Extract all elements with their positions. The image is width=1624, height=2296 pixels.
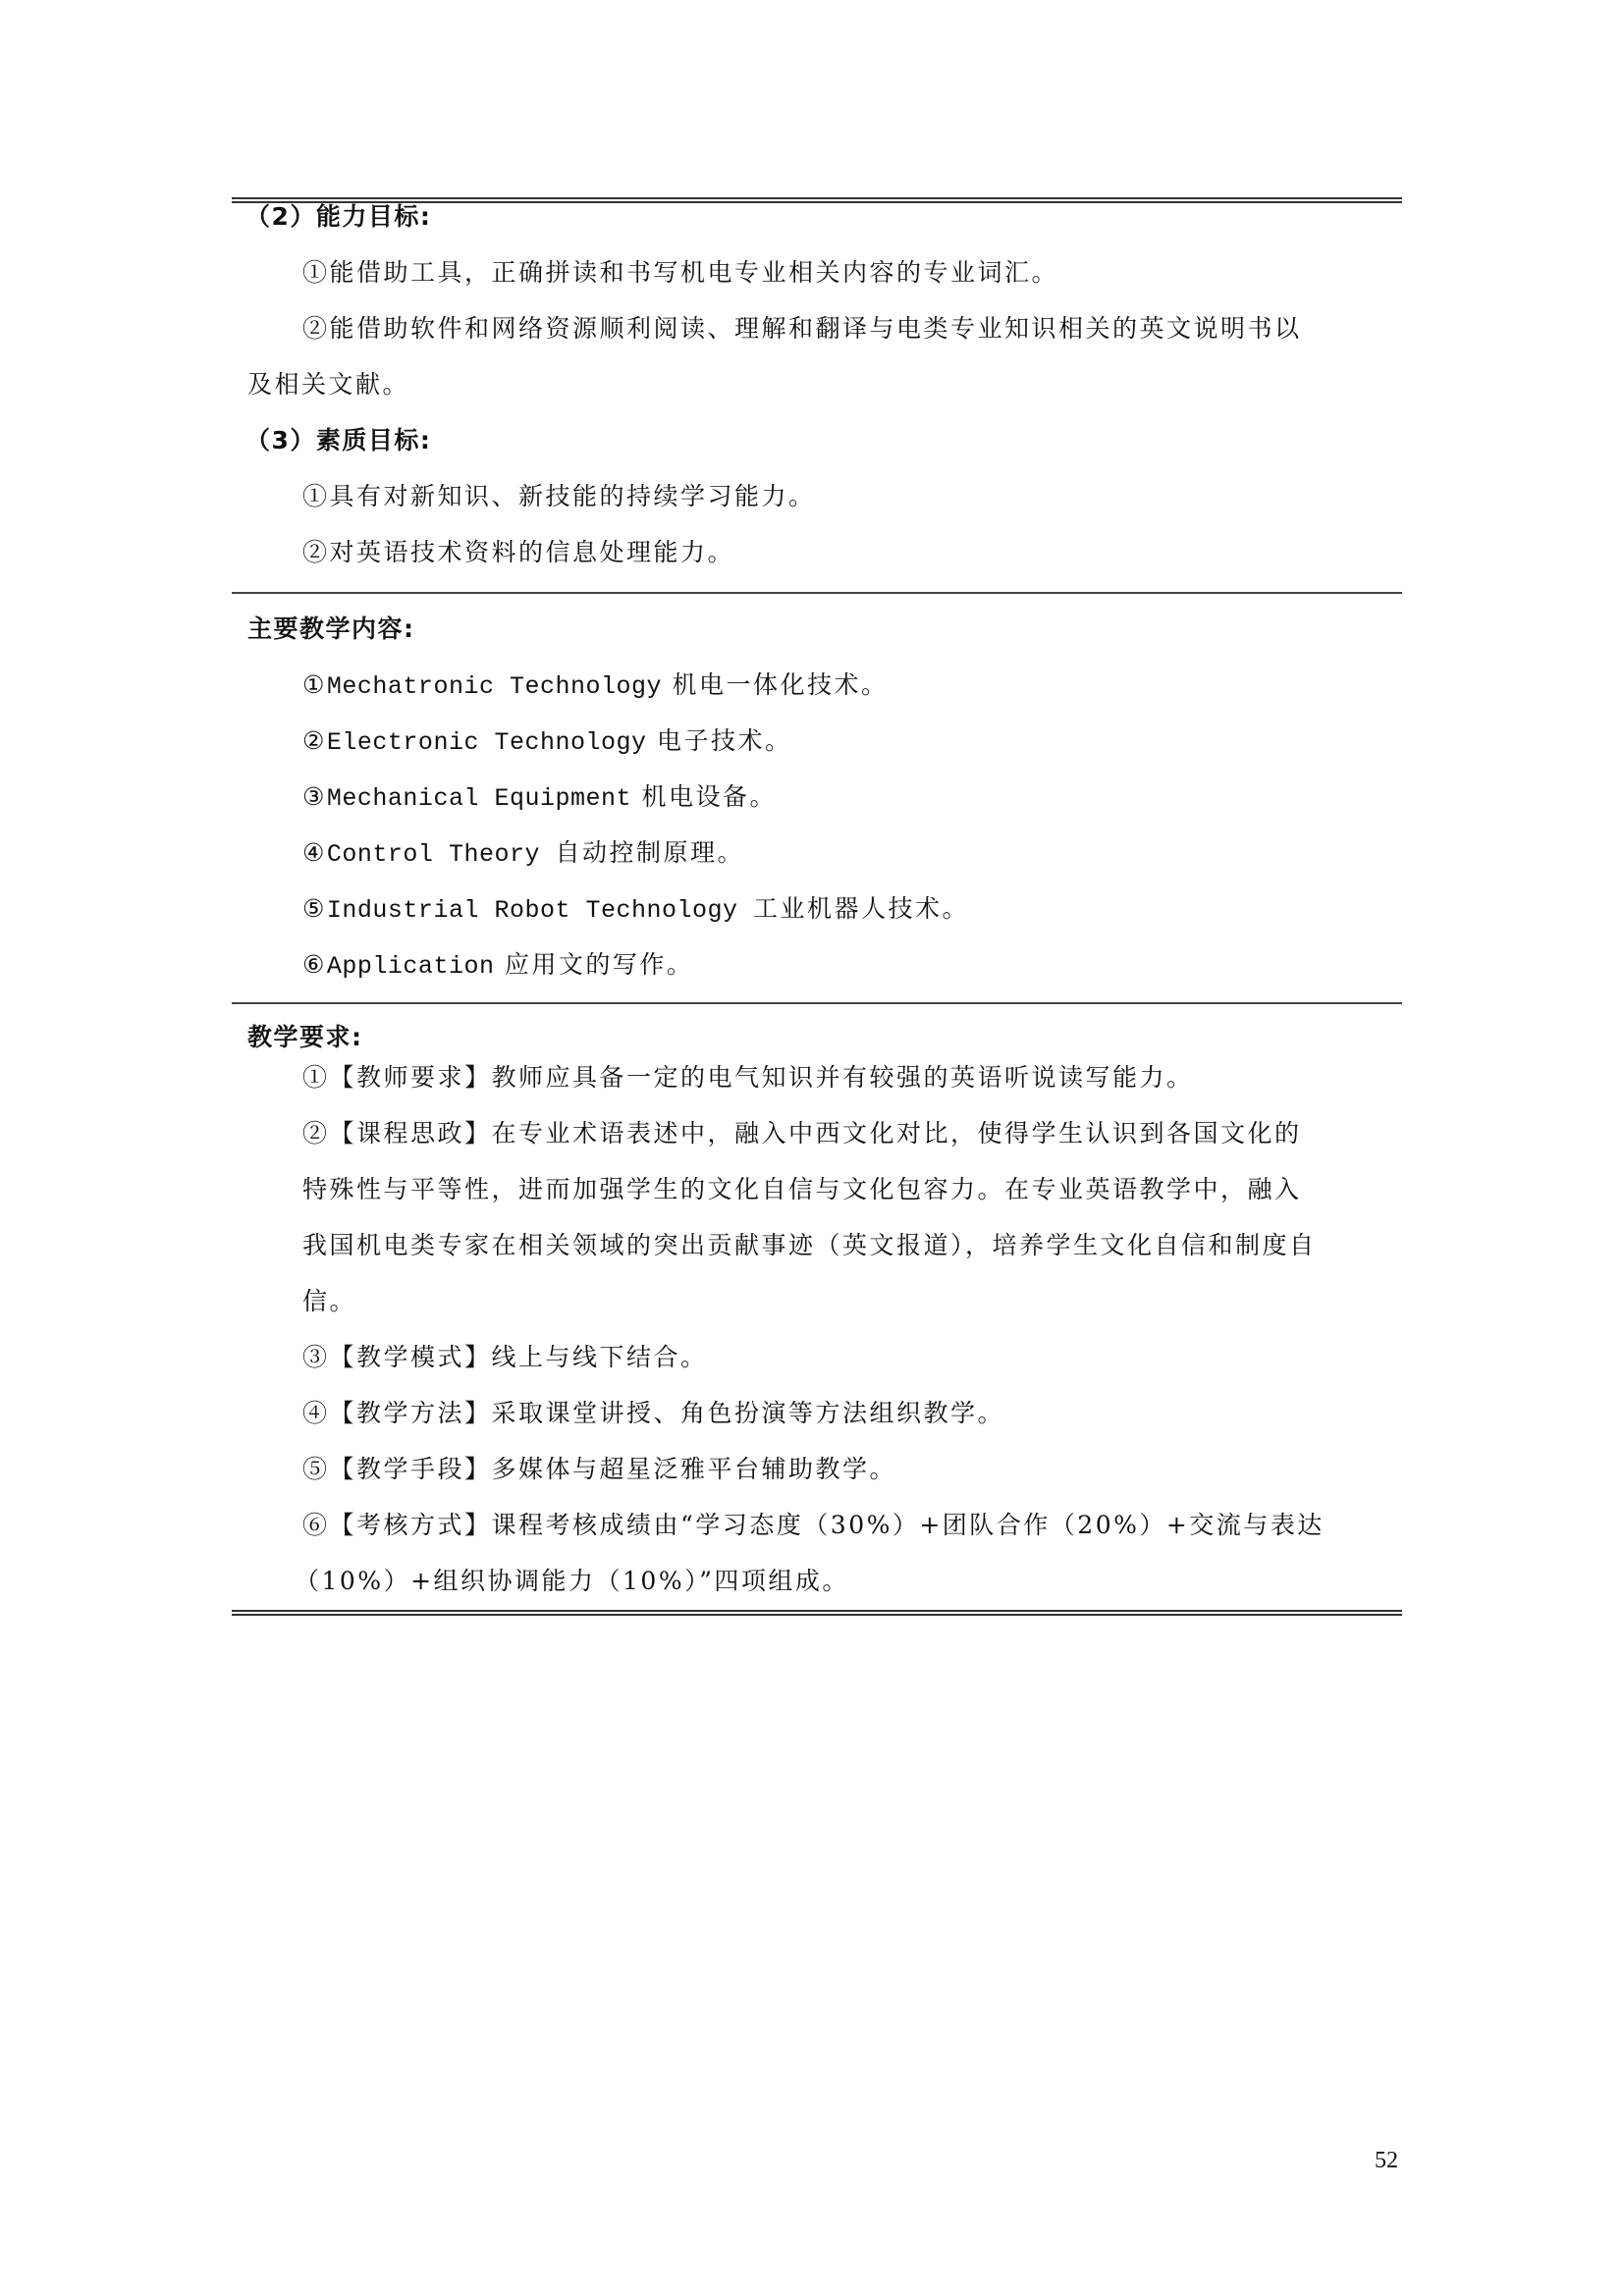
content-item-marker: ② [302,726,327,755]
requirement-assessment-line-2: （10%）+组织协调能力（10%）”四项组成。 [295,1567,849,1596]
ability-goals-heading: （2）能力目标: [245,202,431,232]
section-divider-1 [232,592,1402,594]
content-item-chinese: 电子技术。 [657,726,792,755]
content-item-6: ⑥Application 应用文的写作。 [302,950,693,982]
content-item-marker: ① [302,670,327,699]
requirement-means: ⑤【教学手段】多媒体与超星泛雅平台辅助教学。 [302,1455,896,1484]
content-item-5: ⑤Industrial Robot Technology 工业机器人技术。 [302,894,969,926]
ability-goal-item-2-continued: 及相关文献。 [247,370,409,400]
content-item-english: Industrial Robot Technology [327,896,753,925]
content-item-4: ④Control Theory 自动控制原理。 [302,838,744,870]
ability-goal-item-1: ①能借助工具，正确拼读和书写机电专业相关内容的专业词汇。 [302,258,1058,288]
content-item-chinese: 机电一体化技术。 [672,670,888,699]
requirement-ideology-line-4: 信。 [302,1287,356,1316]
page-number: 52 [1375,2148,1398,2174]
teaching-requirements-heading: 教学要求: [247,1023,363,1052]
quality-goal-item-2: ②对英语技术资料的信息处理能力。 [302,538,734,567]
content-item-chinese: 机电设备。 [641,782,777,811]
quality-goal-item-1: ①具有对新知识、新技能的持续学习能力。 [302,482,816,511]
document-page: （2）能力目标: ①能借助工具，正确拼读和书写机电专业相关内容的专业词汇。 ②能… [0,0,1624,2296]
content-item-chinese: 应用文的写作。 [505,950,694,979]
content-item-3: ③Mechanical Equipment 机电设备。 [302,782,777,814]
content-item-2: ②Electronic Technology 电子技术。 [302,726,791,758]
ability-goal-item-2: ②能借助软件和网络资源顺利阅读、理解和翻译与电类专业知识相关的英文说明书以 [302,314,1302,344]
content-item-english: Mechatronic Technology [327,672,662,701]
content-item-1: ①Mechatronic Technology 机电一体化技术。 [302,670,888,702]
content-item-english: Mechanical Equipment [327,784,631,813]
quality-goals-heading: （3）素质目标: [245,426,431,455]
content-item-english: Electronic Technology [327,728,647,757]
section-divider-2 [232,1002,1402,1004]
main-content-heading: 主要教学内容: [247,614,415,644]
requirement-ideology-line-2: 特殊性与平等性，进而加强学生的文化自信与文化包容力。在专业英语教学中，融入 [302,1175,1302,1204]
content-item-chinese: 工业机器人技术。 [753,894,969,923]
content-item-marker: ⑥ [302,950,327,979]
requirement-method: ④【教学方法】采取课堂讲授、角色扮演等方法组织教学。 [302,1399,1004,1428]
content-item-english: Control Theory [327,840,556,869]
content-item-chinese: 自动控制原理。 [555,838,744,867]
requirement-ideology-line-3: 我国机电类专家在相关领域的突出贡献事迹（英文报道），培养学生文化自信和制度自 [302,1231,1317,1260]
table-bottom-double-rule [232,1610,1402,1616]
requirement-mode: ③【教学模式】线上与线下结合。 [302,1343,708,1372]
content-item-english: Application [327,952,495,981]
content-item-marker: ③ [302,782,327,811]
requirement-ideology-line-1: ②【课程思政】在专业术语表述中，融入中西文化对比，使得学生认识到各国文化的 [302,1119,1302,1148]
requirement-teacher: ①【教师要求】教师应具备一定的电气知识并有较强的英语听说读写能力。 [302,1063,1194,1093]
requirement-assessment-line-1: ⑥【考核方式】课程考核成绩由“学习态度（30%）+团队合作（20%）+交流与表达 [302,1511,1325,1540]
content-item-marker: ④ [302,838,327,867]
content-item-marker: ⑤ [302,894,327,923]
